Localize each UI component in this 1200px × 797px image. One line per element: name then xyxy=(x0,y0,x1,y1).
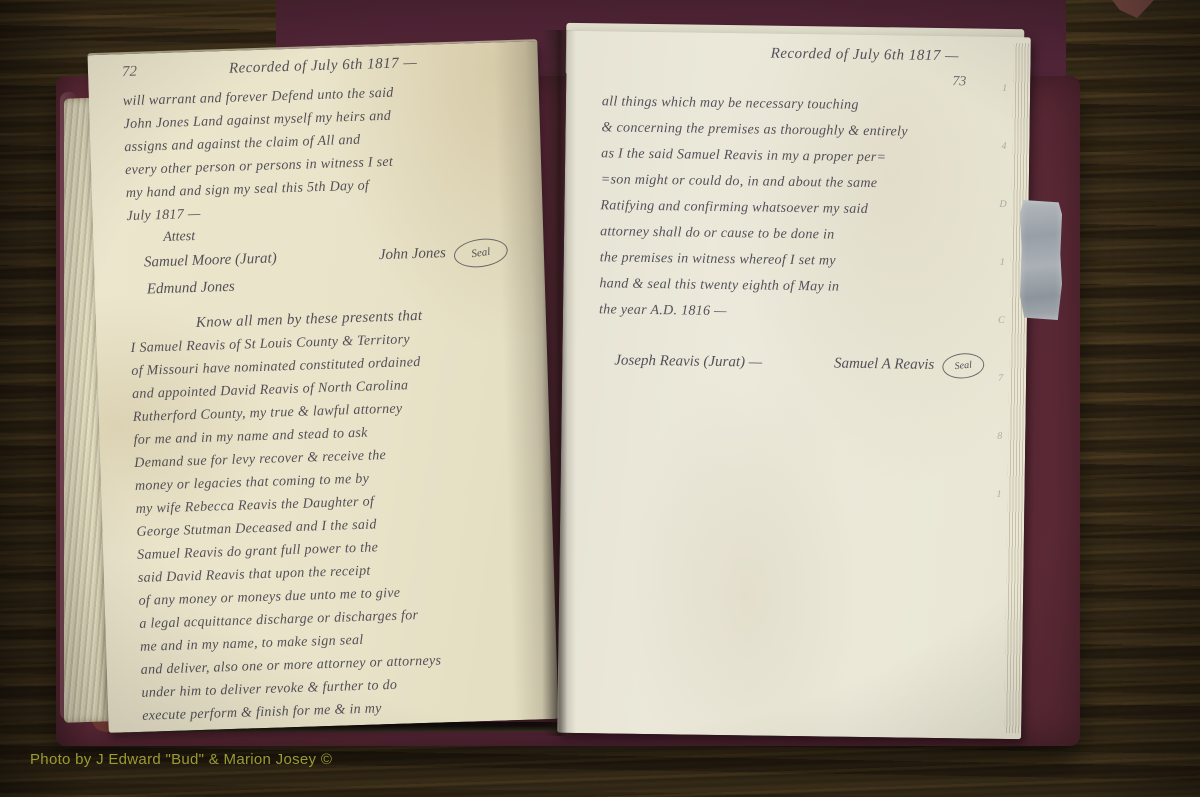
right-page: Recorded of July 6th 1817 — 73 all thing… xyxy=(557,31,1031,739)
left-page-record-header: Recorded of July 6th 1817 — xyxy=(229,55,418,78)
signature-name: John Jones xyxy=(379,245,447,264)
book-gutter-shadow xyxy=(542,30,576,736)
signature-name: Samuel A Reavis xyxy=(834,356,934,374)
photo-watermark: Photo by J Edward "Bud" & Marion Josey © xyxy=(30,751,332,768)
photo-scene: 72 Recorded of July 6th 1817 — will warr… xyxy=(0,0,1200,797)
power-of-attorney-continuation: all things which may be necessary touchi… xyxy=(599,89,1010,329)
witness-name: Samuel Moore (Jurat) xyxy=(144,250,277,271)
deed-closing-paragraph: will warrant and forever Defend unto the… xyxy=(123,78,529,229)
right-page-record-header: Recorded of July 6th 1817 — xyxy=(770,46,959,66)
seal-flourish: Seal xyxy=(452,235,509,270)
handwriting-line: the year A.D. 1816 — xyxy=(599,297,1007,329)
witness-name: Joseph Reavis (Jurat) — xyxy=(614,352,762,371)
right-page-content: Recorded of July 6th 1817 — 73 all thing… xyxy=(557,31,1031,739)
seal-flourish: Seal xyxy=(941,352,985,381)
duct-tape-repair xyxy=(1020,200,1062,320)
left-page-content: 72 Recorded of July 6th 1817 — will warr… xyxy=(87,41,558,733)
left-page-number: 72 xyxy=(122,64,138,81)
left-page: 72 Recorded of July 6th 1817 — will warr… xyxy=(87,41,558,733)
witness-name: Edmund Jones xyxy=(145,279,235,299)
red-object-corner xyxy=(1112,0,1154,18)
signer: John Jones Seal xyxy=(378,238,508,270)
signer: Samuel A Reavis Seal xyxy=(834,352,985,379)
signature-row: Joseph Reavis (Jurat) — Samuel A Reavis … xyxy=(598,347,1006,380)
power-of-attorney-paragraph: Know all men by these presents thatI Sam… xyxy=(130,301,545,727)
